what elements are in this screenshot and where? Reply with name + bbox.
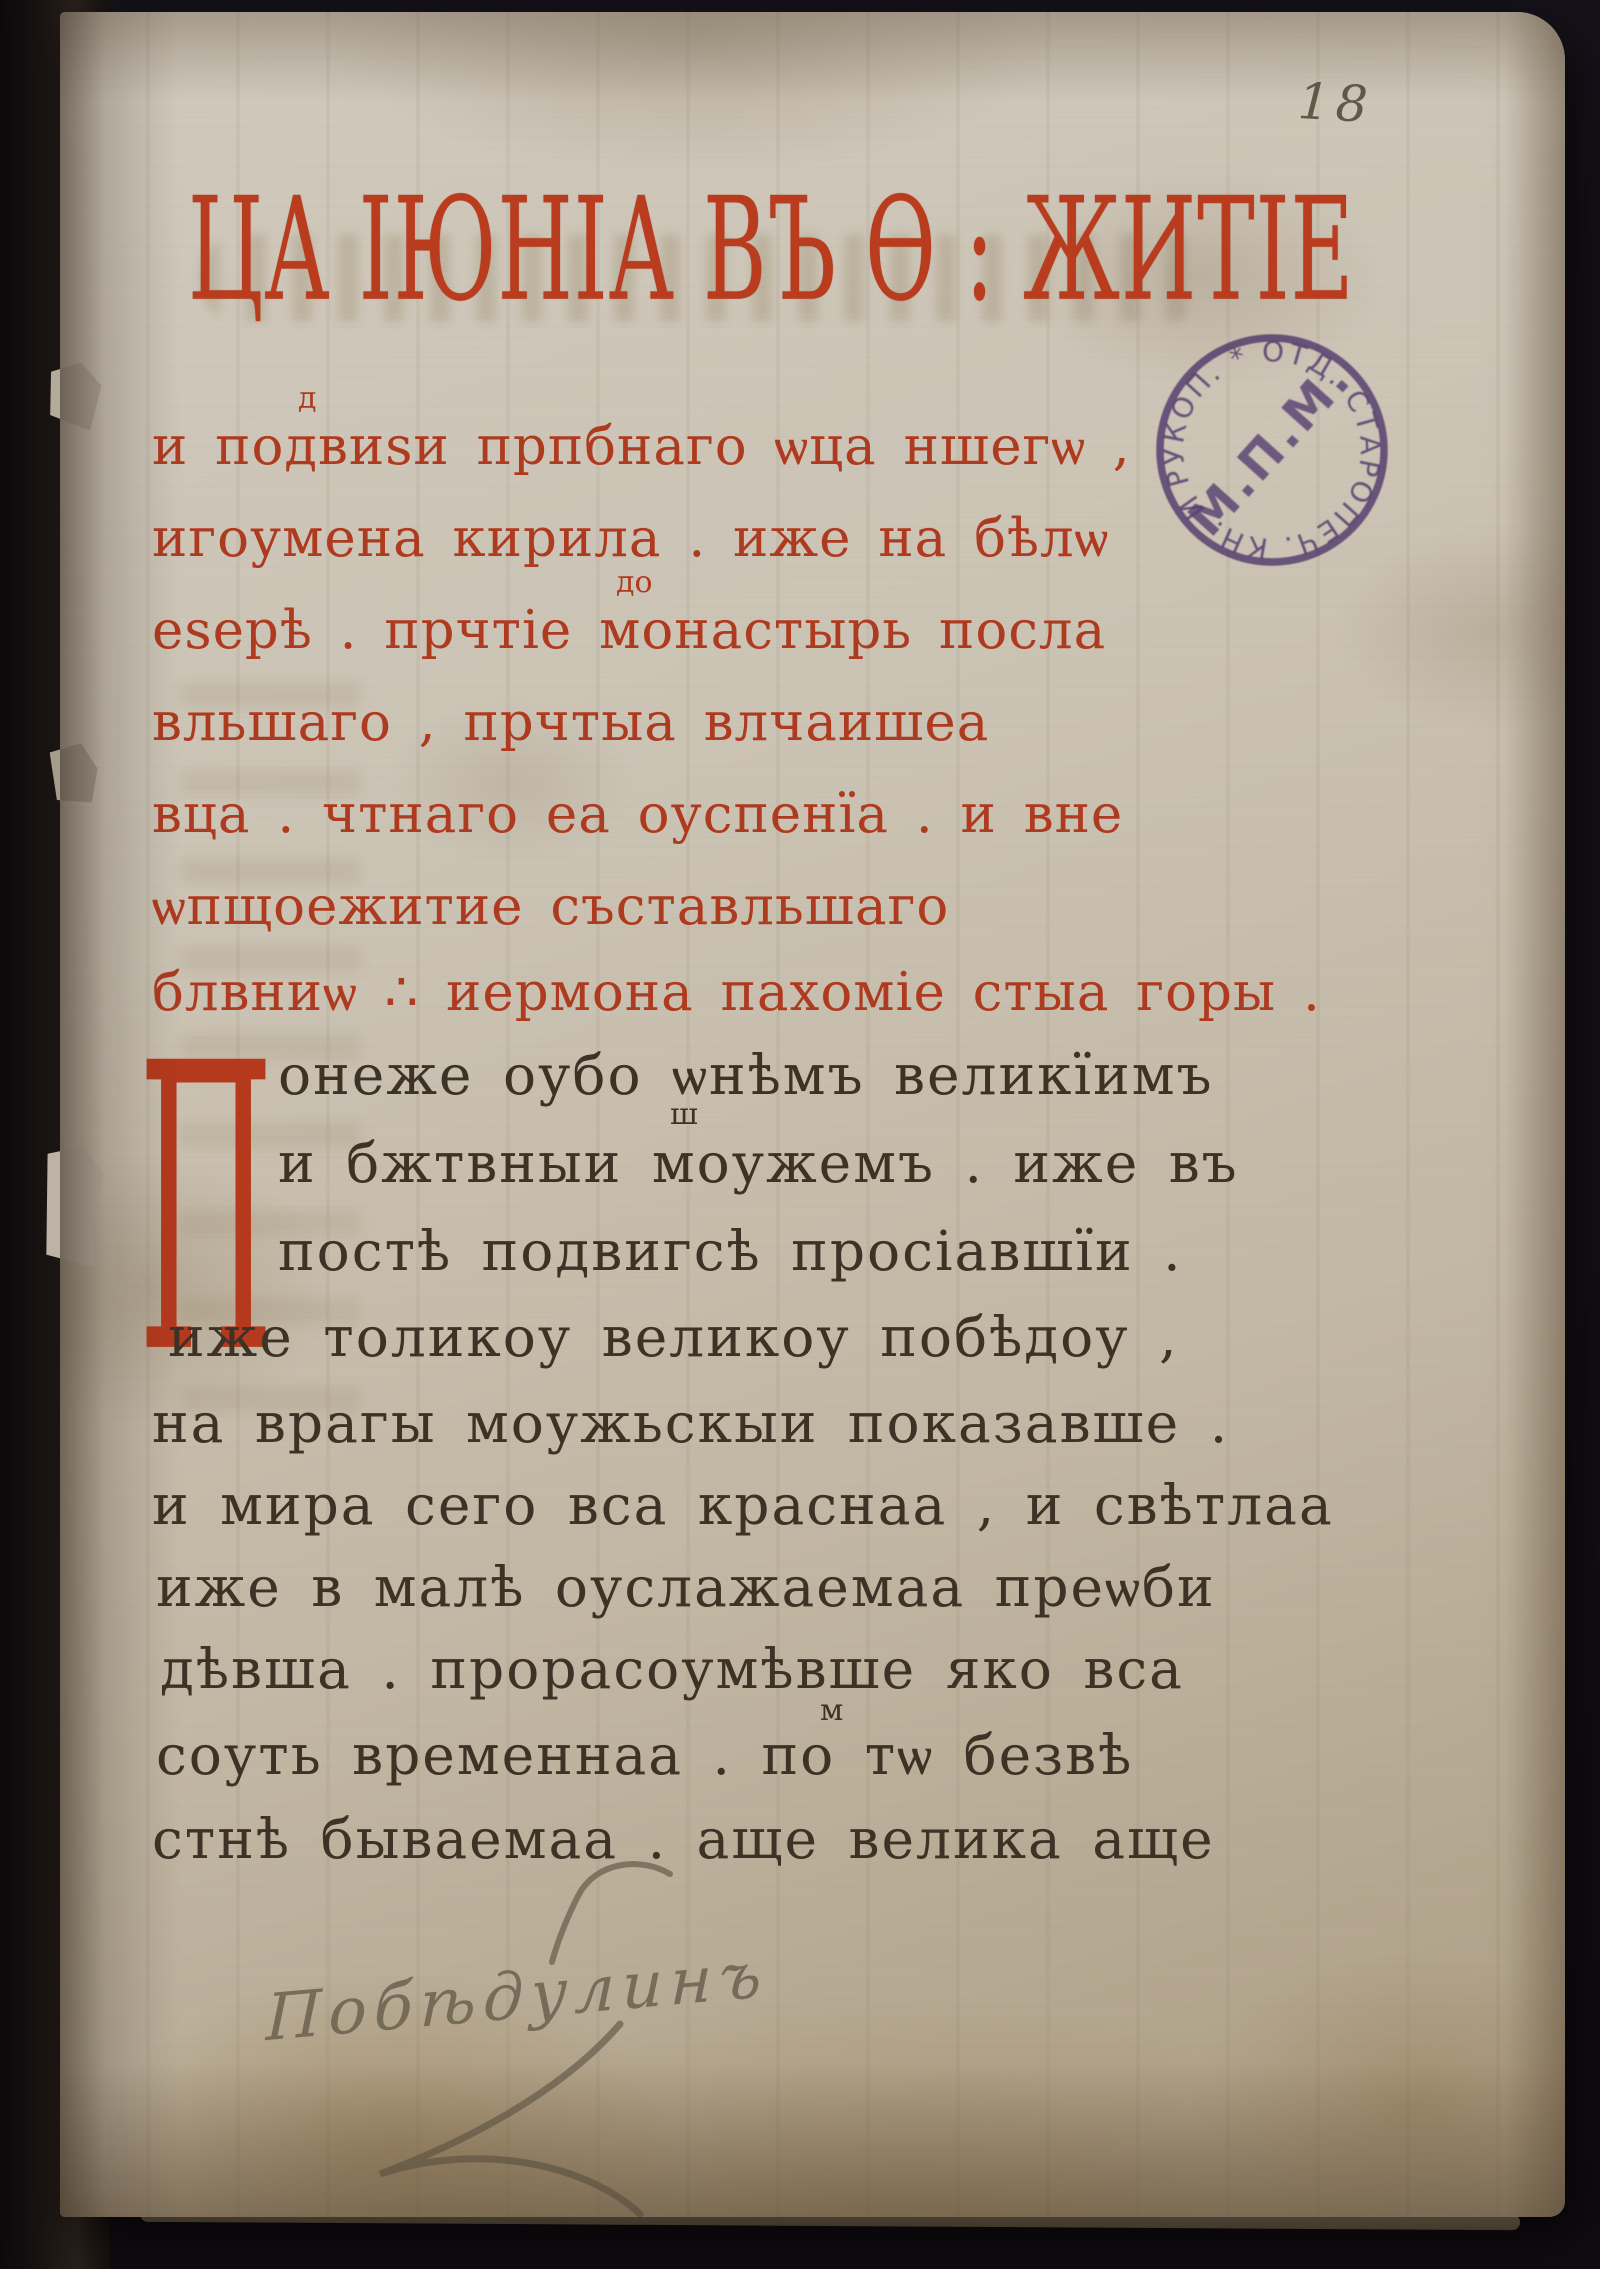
rubric-line: вльшаго , прчтыа влчаишеа	[152, 696, 989, 749]
pencil-flourish	[200, 1844, 820, 2217]
manuscript-page: 18 ЦА ІЮНІА ВЪ Ѳ : ЖИТІЕ и подвиѕи прпбн…	[60, 12, 1565, 2217]
rubric-line: вца . чтнаго еа оуспенїа . и вне	[152, 788, 1123, 841]
body-text-line: иже толикоу великоу побѣдоу ,	[168, 1310, 1179, 1365]
body-text-line: иже в малѣ оуслажаемаа преѡби	[156, 1560, 1216, 1615]
photograph-background: 18 ЦА ІЮНІА ВЪ Ѳ : ЖИТІЕ и подвиѕи прпбн…	[0, 0, 1600, 2269]
rubric-line: и подвиѕи прпбнаго ѡца ншегѡ ,	[152, 420, 1131, 473]
superscript-letter: д	[298, 384, 316, 414]
superscript-letter: до	[616, 568, 653, 598]
body-text-line: дѣвша . прорасоумѣвше яко вса	[160, 1642, 1184, 1697]
folio-number: 18	[1297, 72, 1376, 134]
rubric-line: игоумена кирила . иже на бѣлѡ	[152, 512, 1109, 565]
body-text-line: и бжтвныи моужемъ . иже въ	[278, 1136, 1239, 1191]
title-vyaz-heading: ЦА ІЮНІА ВЪ Ѳ : ЖИТІЕ	[188, 180, 1354, 323]
body-text-line: постѣ подвигсѣ просіавшїи .	[278, 1224, 1183, 1279]
body-text-line: онеже оубо ѡнѣмъ великїимъ	[278, 1048, 1214, 1103]
rubric-line: еѕерѣ . прчтіе монастырь посла	[152, 604, 1106, 657]
body-text-line: соуть временнаа . по тѡ безвѣ	[156, 1728, 1133, 1783]
body-text-line: на врагы моужьскыи показавше .	[152, 1396, 1229, 1451]
rubric-line: ѡпщоежитие съставльшаго	[152, 880, 949, 933]
rubric-line: блвниѡ ∴ иермона пахоміе стыа горы .	[152, 966, 1321, 1019]
body-text-line: и мира сего вса краснаа , и свѣтлаа	[152, 1478, 1334, 1533]
